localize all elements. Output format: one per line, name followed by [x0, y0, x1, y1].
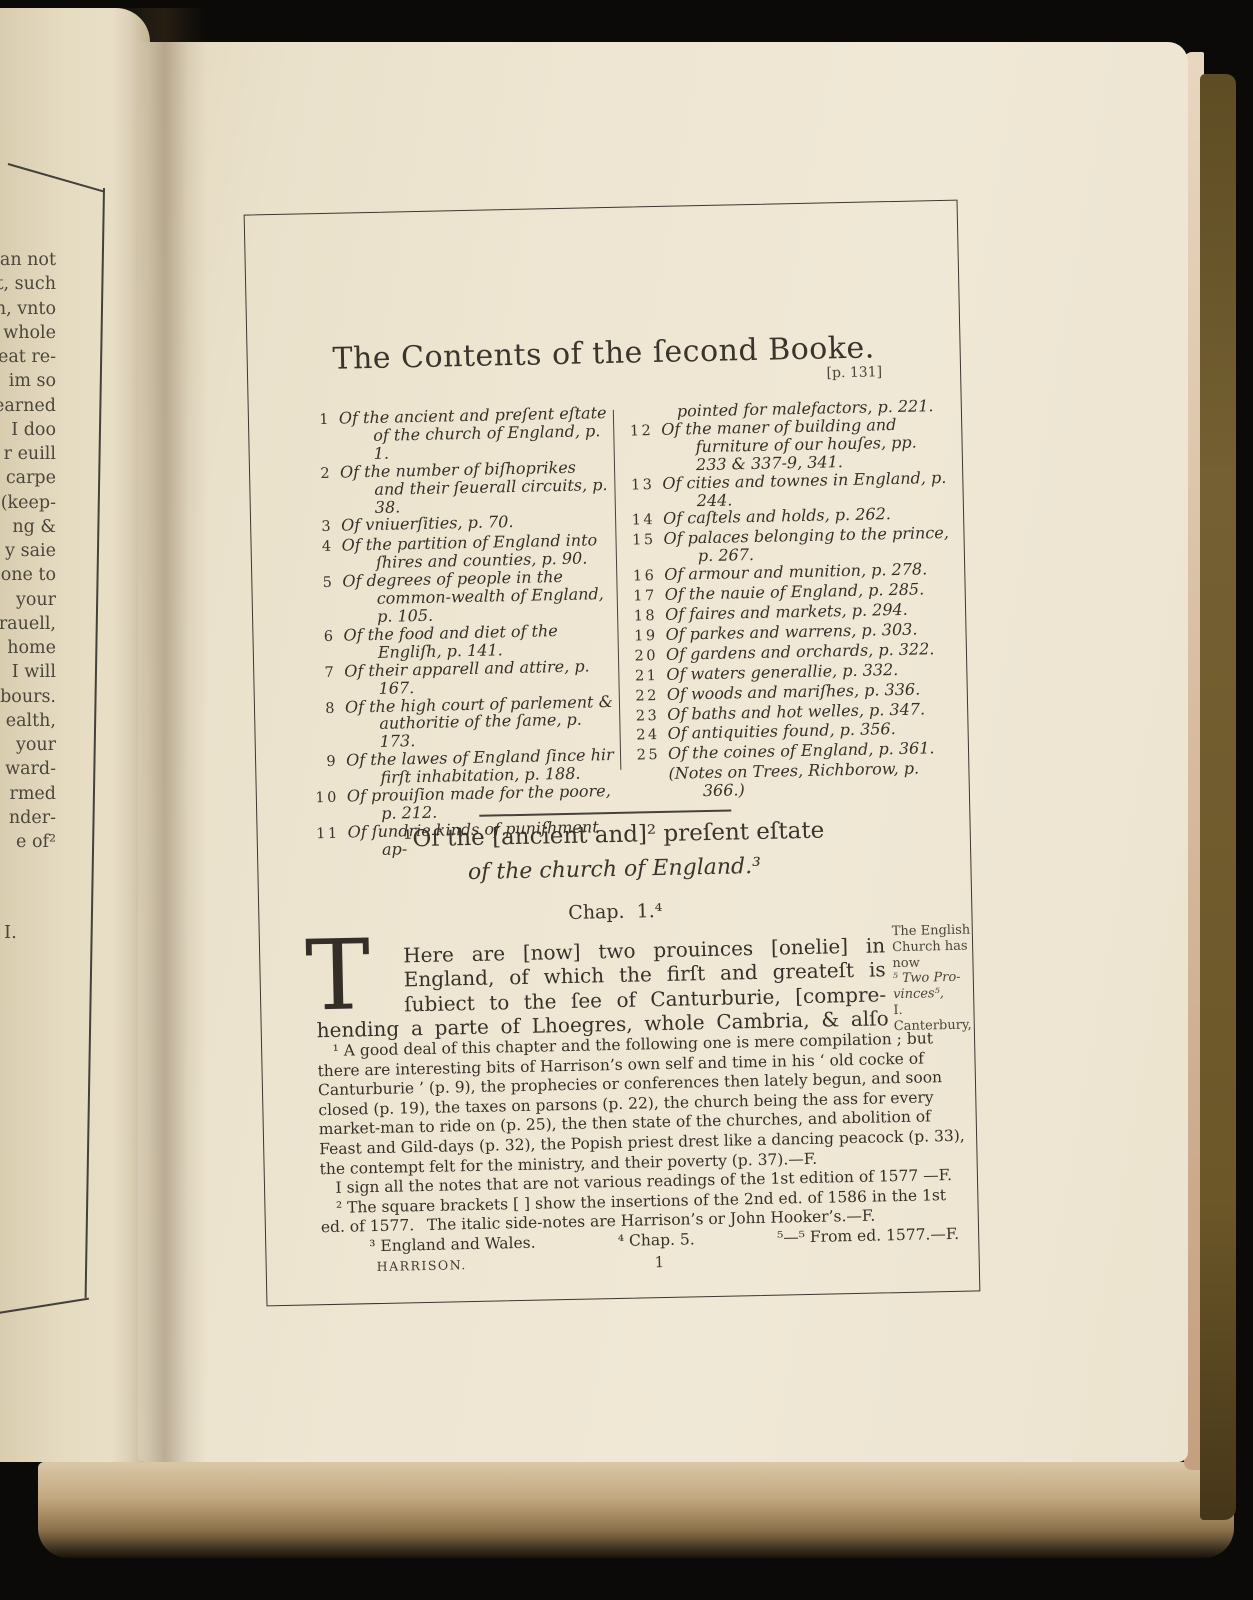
side-note-line: Church has now — [892, 938, 977, 971]
contents-item-text: Of the maner of building and furniture o… — [661, 415, 948, 475]
contents-item: 5 Of degrees of people in the common-wea… — [308, 567, 613, 627]
left-page-frame-bottom-rule — [0, 1298, 89, 1314]
contents-item-text: Of the number of biſhoprikes and their ſ… — [340, 458, 611, 517]
left-page-text-fragment: rmed — [0, 782, 56, 806]
contents-item-number: 4 — [307, 539, 333, 557]
contents-item-number: 8 — [311, 700, 337, 718]
left-page-text-fragment: n, vnto — [0, 297, 56, 321]
side-note-line: The English — [892, 922, 976, 940]
contents-right-column: pointed for malefactors, p. 221. 12 Of t… — [627, 397, 956, 853]
left-page-text-fragment: one to — [0, 563, 56, 587]
left-page-text-fragment: eat re- — [0, 345, 56, 369]
contents-item-text: Of degrees of people in the common-wealt… — [342, 567, 613, 626]
contents-item-number: 5 — [308, 575, 334, 593]
contents-item-number: 1 — [305, 412, 331, 430]
contents-item-number: 16 — [630, 568, 656, 586]
contents-item-number: 12 — [627, 423, 653, 441]
left-page-text-fragment: im so — [0, 369, 56, 393]
contents-item-number: 7 — [310, 664, 336, 682]
book-bottom-page-edges — [38, 1462, 1234, 1558]
margin-side-note: The EnglishChurch has now⁵ Two Pro-vince… — [892, 922, 978, 1034]
body-lines: Here are [now] two prouinces [onelie] in… — [315, 928, 889, 1042]
contents-item-text: (Notes on Trees, Richborow, p. 366.) — [668, 759, 955, 801]
book-cover-edge — [1200, 74, 1236, 1520]
contents-item-number: 13 — [628, 477, 654, 495]
left-page-text-fragment: ealth, — [0, 709, 56, 733]
contents-left-column: 1 Of the ancient and preſent eſtate of t… — [305, 404, 618, 860]
left-page-text-fragment: earned — [0, 394, 56, 418]
left-page-text-fragment: whole — [0, 321, 56, 345]
page-reference: [p. 131] — [826, 364, 882, 381]
contents-item-number: 9 — [312, 754, 338, 772]
contents-item: 8 Of the high court of parlement & autho… — [311, 692, 616, 752]
contents-item-number: 2 — [306, 466, 332, 484]
left-page-text-fragment: t, such — [0, 272, 56, 296]
contents-item-number: 22 — [633, 688, 659, 706]
contents-item: 1 Of the ancient and preſent eſtate of t… — [305, 404, 610, 464]
left-page-frame-top-rule — [8, 163, 104, 192]
left-page-text-fragment: bours. — [0, 685, 56, 709]
contents-item-number: 14 — [629, 512, 655, 530]
contents-item-number: 20 — [632, 648, 658, 666]
contents-item-number — [627, 417, 653, 418]
contents-item-text: Of the partition of England into ſhires … — [341, 531, 612, 572]
left-page-text-fragment: e of² — [0, 830, 56, 854]
side-note-line: ⁵ Two Pro- — [893, 970, 977, 988]
left-page-text-fragment: carpe — [0, 466, 56, 490]
footnote-fragment: ⁵—⁵ From ed. 1577.—F. — [777, 1225, 959, 1248]
left-page-text-fragment: y saie — [0, 539, 56, 563]
page-number: 1 — [654, 1253, 664, 1271]
contents-item-text: Of the ancient and preſent eſtate of the… — [339, 404, 610, 463]
left-page-text-fragment: I will — [0, 660, 56, 684]
left-page-text-fragment: rauell, — [0, 612, 56, 636]
right-page: The Contents of the ſecond Booke. [p. 13… — [138, 42, 1188, 1462]
contents-item-number: 17 — [631, 588, 657, 606]
contents-item-number: 6 — [309, 629, 335, 647]
contents-item-number: 15 — [629, 532, 655, 550]
contents-item-text: Of the high court of parlement & authori… — [345, 692, 616, 751]
left-page-text-fragment: your — [0, 733, 56, 757]
contents-item: 12 Of the maner of building and furnitur… — [627, 415, 948, 475]
left-page: an nott, suchn, vntowholeeat re-im soear… — [0, 8, 150, 1462]
contents-item: (Notes on Trees, Richborow, p. 366.) — [634, 759, 955, 802]
contents-item-number: 21 — [632, 668, 658, 686]
contents-item-number — [635, 779, 661, 780]
contents-item-number: 19 — [631, 628, 657, 646]
left-page-text-fragment: r euill — [0, 442, 56, 466]
drop-cap: T — [305, 935, 371, 1016]
printed-rule-frame: The Contents of the ſecond Booke. [p. 13… — [244, 200, 981, 1307]
left-page-text-fragment: nder- — [0, 806, 56, 830]
left-page-text-fragment: ward- — [0, 757, 56, 781]
left-page-text-fragment: your — [0, 588, 56, 612]
left-page-lower-fragment: I. — [4, 922, 17, 943]
contents-item-number: 3 — [307, 519, 333, 537]
left-page-text-fragment: an not — [0, 248, 56, 272]
contents-item-text: Of cities and townes in England, p. 244. — [662, 469, 949, 511]
contents-item-number: 23 — [633, 708, 659, 726]
body-paragraph: T Here are [now] two prouinces [onelie] … — [315, 928, 889, 1042]
footnote-fragment: ⁴ Chap. 5. — [618, 1230, 695, 1251]
left-page-text-column: an nott, suchn, vntowholeeat re-im soear… — [0, 248, 56, 854]
contents-item-number: 18 — [631, 608, 657, 626]
contents-item-number: 10 — [313, 790, 339, 808]
contents-item: 2 Of the number of biſhoprikes and their… — [306, 458, 611, 518]
left-page-text-fragment: ng & — [0, 515, 56, 539]
footnote-fragment: ³ England and Wales. — [369, 1234, 536, 1257]
contents-item-number: 24 — [634, 727, 660, 745]
left-page-text-fragment: (keep- — [0, 491, 56, 515]
contents-table: 1 Of the ancient and preſent eſtate of t… — [305, 397, 956, 860]
left-page-text-fragment: home — [0, 636, 56, 660]
printer-signature: HARRISON. — [377, 1257, 467, 1274]
left-page-text-fragment: I doo — [0, 418, 56, 442]
side-note-line: vinces⁵, — [893, 986, 977, 1004]
footnotes-block: ¹ A good deal of this chapter and the fo… — [317, 1029, 967, 1258]
left-page-frame-vertical-rule — [85, 188, 105, 1298]
footnote-lines: ¹ A good deal of this chapter and the fo… — [317, 1029, 967, 1238]
contents-item-number: 25 — [634, 747, 660, 765]
